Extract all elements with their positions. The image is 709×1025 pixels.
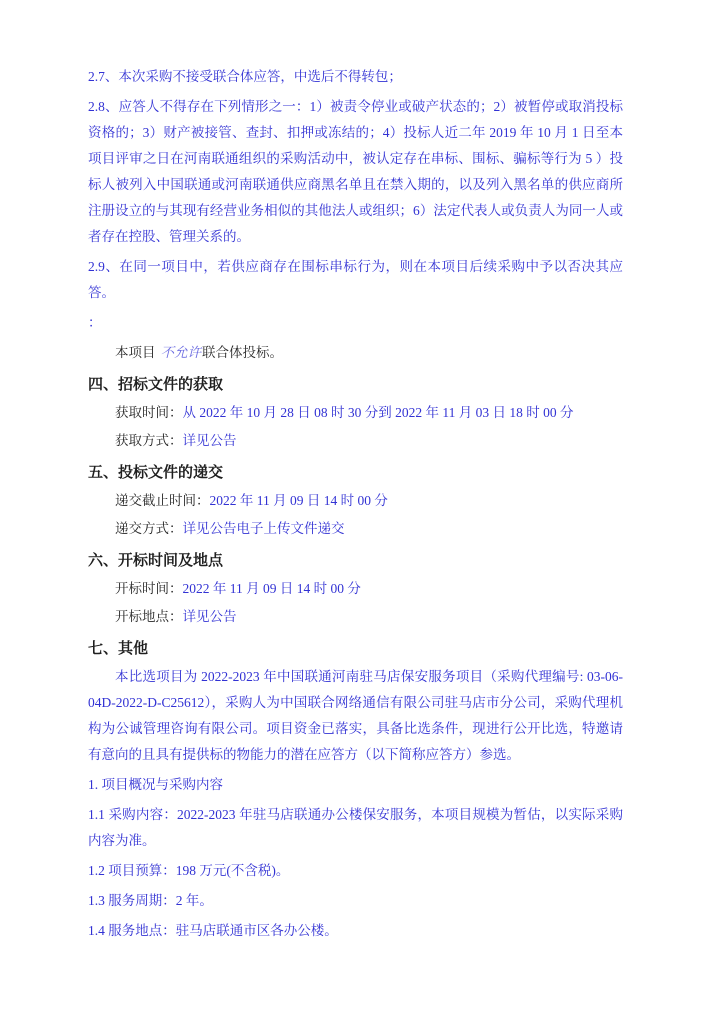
field-submission-deadline-label: 递交截止时间：	[115, 493, 210, 508]
field-obtain-method-label: 获取方式：	[115, 433, 183, 448]
clause-2-8: 2.8、应答人不得存在下列情形之一：1）被责令停业或破产状态的；2）被暂停或取消…	[88, 94, 623, 250]
field-submission-deadline-value: 2022 年 11 月 09 日 14 时 00 分	[210, 493, 388, 508]
clause-2-9: 2.9、在同一项目中，若供应商存在围标串标行为，则在本项目后续采购中予以否决其应…	[88, 254, 623, 306]
section-heading-bid-submission: 五、投标文件的递交	[88, 460, 623, 486]
overview-item-1-2: 1.2 项目预算：198 万元(不含税)。	[88, 858, 623, 884]
orphan-colon-line: ：	[88, 310, 623, 336]
field-obtain-time-label: 获取时间：	[115, 405, 183, 420]
field-opening-place: 开标地点：详见公告	[88, 604, 623, 630]
field-opening-time-value: 2022 年 11 月 09 日 14 时 00 分	[183, 581, 361, 596]
field-opening-place-value: 详见公告	[183, 609, 237, 624]
field-obtain-method-value: 详见公告	[183, 433, 237, 448]
joint-venture-prefix: 本项目	[115, 345, 156, 360]
field-opening-place-label: 开标地点：	[115, 609, 183, 624]
field-obtain-time-value: 从 2022 年 10 月 28 日 08 时 30 分到 2022 年 11 …	[183, 405, 574, 420]
overview-item-1: 1. 项目概况与采购内容	[88, 772, 623, 798]
project-intro-paragraph: 本比选项目为 2022-2023 年中国联通河南驻马店保安服务项目（采购代理编号…	[88, 664, 623, 768]
document-page: 2.7、本次采购不接受联合体应答，中选后不得转包； 2.8、应答人不得存在下列情…	[0, 0, 709, 1025]
field-submission-method: 递交方式：详见公告电子上传文件递交	[88, 516, 623, 542]
field-obtain-time: 获取时间：从 2022 年 10 月 28 日 08 时 30 分到 2022 …	[88, 400, 623, 426]
field-opening-time-label: 开标时间：	[115, 581, 183, 596]
section-heading-others: 七、其他	[88, 636, 623, 662]
field-submission-method-label: 递交方式：	[115, 521, 183, 536]
field-obtain-method: 获取方式：详见公告	[88, 428, 623, 454]
joint-venture-note: 本项目不允许联合体投标。	[88, 340, 623, 366]
section-heading-document-obtain: 四、招标文件的获取	[88, 372, 623, 398]
overview-item-1-3: 1.3 服务周期：2 年。	[88, 888, 623, 914]
field-submission-method-value: 详见公告电子上传文件递交	[183, 521, 345, 536]
overview-item-1-1: 1.1 采购内容：2022-2023 年驻马店联通办公楼保安服务，本项目规模为暂…	[88, 802, 623, 854]
joint-venture-emphasis: 不允许	[161, 345, 202, 360]
clause-2-7: 2.7、本次采购不接受联合体应答，中选后不得转包；	[88, 64, 623, 90]
joint-venture-suffix: 联合体投标。	[202, 345, 283, 360]
overview-item-1-4: 1.4 服务地点：驻马店联通市区各办公楼。	[88, 918, 623, 944]
field-opening-time: 开标时间：2022 年 11 月 09 日 14 时 00 分	[88, 576, 623, 602]
section-heading-bid-opening: 六、开标时间及地点	[88, 548, 623, 574]
field-submission-deadline: 递交截止时间：2022 年 11 月 09 日 14 时 00 分	[88, 488, 623, 514]
